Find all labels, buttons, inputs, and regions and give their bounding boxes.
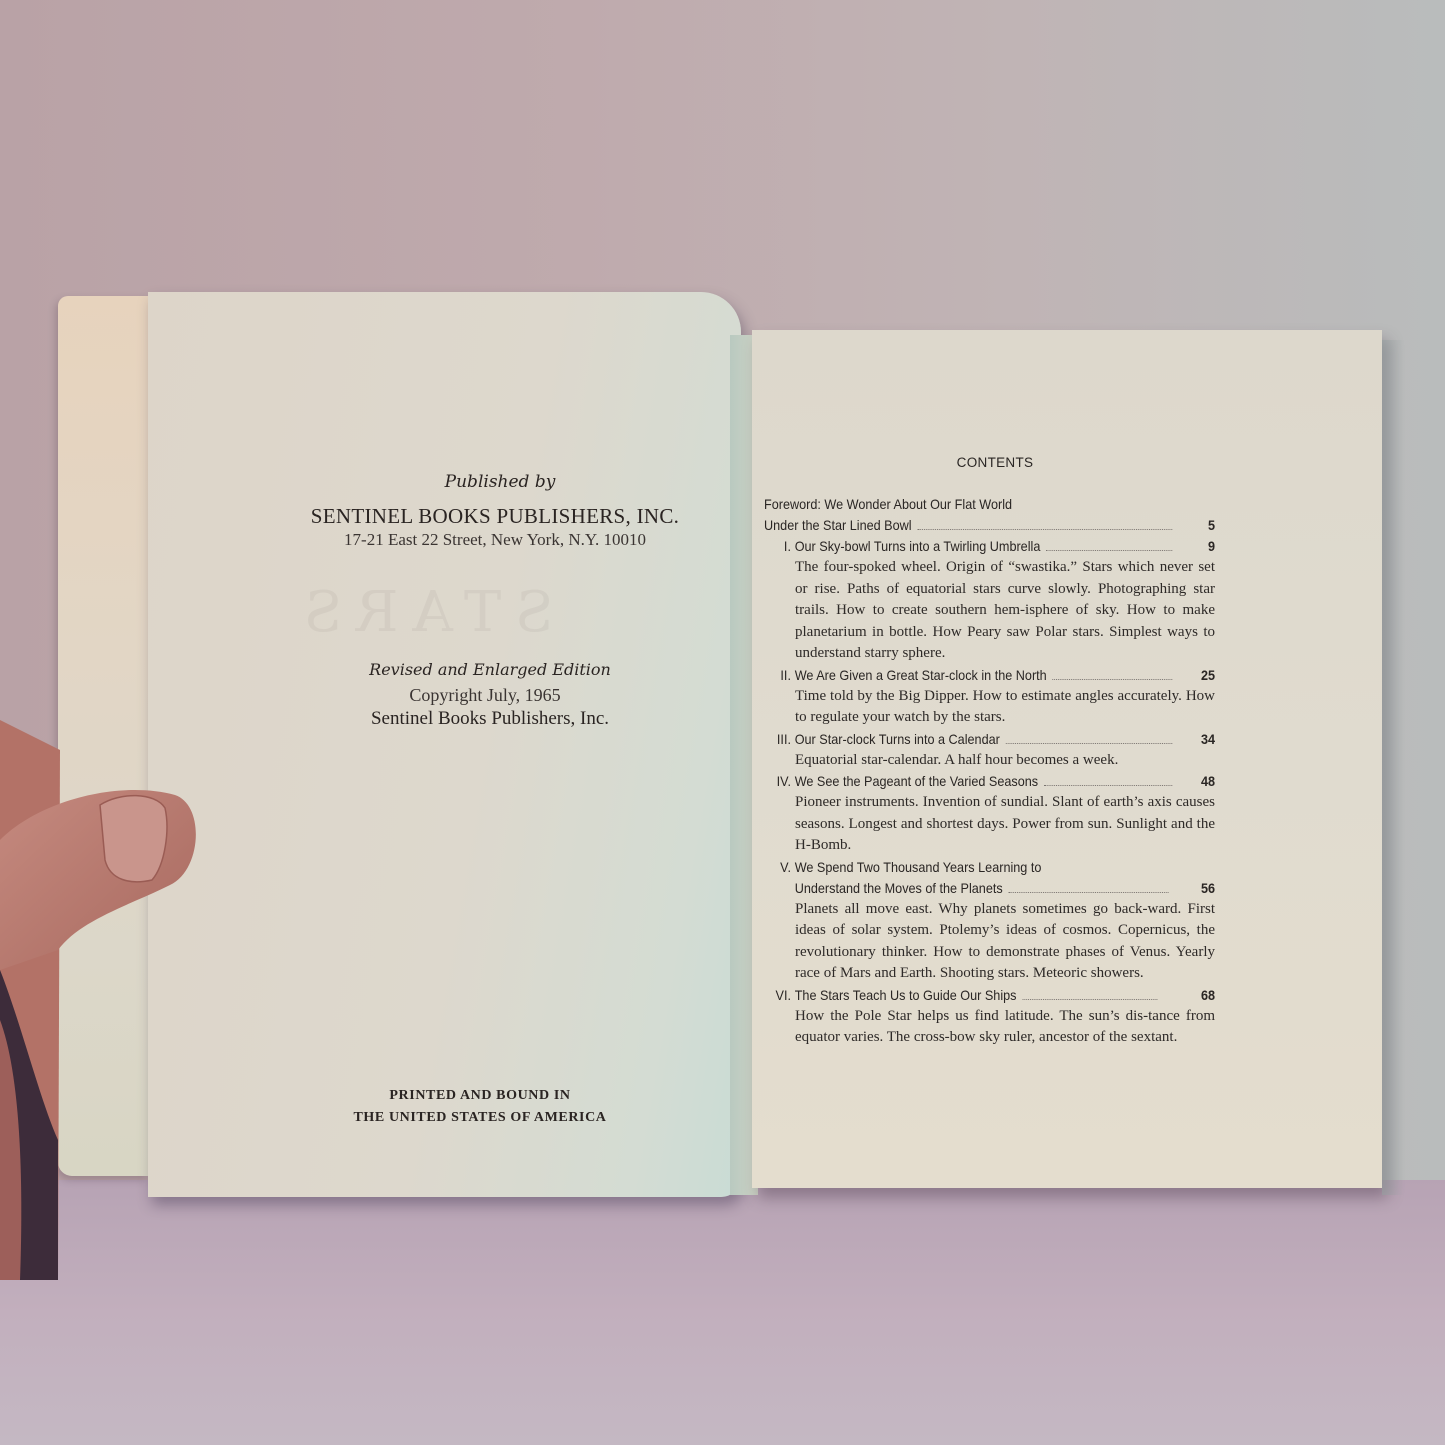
- chapter-title-line1: We Spend Two Thousand Years Learning to: [795, 857, 1042, 878]
- copyright-holder: Sentinel Books Publishers, Inc.: [190, 708, 790, 730]
- toc-entry-chapter-2: II. We Are Given a Great Star-clock in t…: [764, 665, 1254, 729]
- dot-leader: [1008, 892, 1168, 893]
- chapter-description: Pioneer instruments. Invention of sundia…: [795, 792, 1215, 857]
- chapter-title: Our Star-clock Turns into a Calendar: [795, 729, 1000, 750]
- dot-leader: [1046, 550, 1172, 551]
- edition-label: Revised and Enlarged Edition: [195, 660, 785, 679]
- toc-entry-foreword: Foreword: We Wonder About Our Flat World…: [764, 494, 1254, 536]
- toc-entry-chapter-3: III. Our Star-clock Turns into a Calenda…: [764, 729, 1254, 772]
- page-number: 25: [1178, 665, 1215, 686]
- toc-entry-chapter-5: V. We Spend Two Thousand Years Learning …: [764, 857, 1254, 985]
- show-through-text: STARS: [290, 580, 554, 645]
- chapter-description: Equatorial star-calendar. A half hour be…: [795, 750, 1215, 772]
- dot-leader: [1044, 785, 1173, 786]
- toc-entry-chapter-4: IV. We See the Pageant of the Varied Sea…: [764, 771, 1254, 857]
- published-by-label: Published by: [200, 472, 800, 492]
- page-number: 56: [1174, 878, 1215, 899]
- chapter-description: How the Pole Star helps us find latitude…: [795, 1006, 1215, 1049]
- dot-leader: [1052, 679, 1172, 680]
- chapter-description: Planets all move east. Why planets somet…: [795, 899, 1215, 985]
- page-number: 5: [1178, 515, 1215, 536]
- chapter-number: III.: [764, 729, 795, 750]
- page-number: 48: [1178, 771, 1215, 792]
- chapter-title: We Are Given a Great Star-clock in the N…: [795, 665, 1047, 686]
- contents-title: CONTENTS: [764, 455, 1226, 470]
- publisher-name: SENTINEL BOOKS PUBLISHERS, INC.: [195, 504, 795, 529]
- dot-leader: [917, 529, 1172, 530]
- toc-entry-chapter-6: VI. The Stars Teach Us to Guide Our Ship…: [764, 985, 1254, 1049]
- chapter-title: Understand the Moves of the Planets: [795, 878, 1003, 899]
- copyright-line: Copyright July, 1965: [190, 685, 780, 706]
- hand-icon: [0, 720, 200, 1280]
- dot-leader: [1022, 999, 1157, 1000]
- page-number: 68: [1163, 985, 1215, 1006]
- chapter-title: Our Sky-bowl Turns into a Twirling Umbre…: [795, 536, 1041, 557]
- chapter-number: V.: [764, 857, 795, 878]
- table-of-contents: CONTENTS Foreword: We Wonder About Our F…: [764, 455, 1254, 1049]
- chapter-number: VI.: [764, 985, 795, 1006]
- chapter-title: We See the Pageant of the Varied Seasons: [795, 771, 1038, 792]
- chapter-description: Time told by the Big Dipper. How to esti…: [795, 686, 1215, 729]
- printed-line-2: THE UNITED STATES OF AMERICA: [185, 1110, 775, 1126]
- publisher-address: 17-21 East 22 Street, New York, N.Y. 100…: [195, 530, 795, 550]
- chapter-number: IV.: [764, 771, 795, 792]
- foreword-title-line2: Under the Star Lined Bowl: [764, 515, 912, 536]
- page-number: 34: [1178, 729, 1215, 750]
- toc-entry-chapter-1: I. Our Sky-bowl Turns into a Twirling Um…: [764, 536, 1254, 665]
- foreword-title-line1: Foreword: We Wonder About Our Flat World: [764, 494, 1012, 515]
- table-surface: [0, 1180, 1445, 1445]
- dot-leader: [1005, 743, 1172, 744]
- chapter-title: The Stars Teach Us to Guide Our Ships: [795, 985, 1017, 1006]
- page-number: 9: [1178, 536, 1215, 557]
- chapter-number: I.: [764, 536, 795, 557]
- chapter-description: The four-spoked wheel. Origin of “swasti…: [795, 557, 1215, 665]
- chapter-number: II.: [764, 665, 795, 686]
- printed-line-1: PRINTED AND BOUND IN: [185, 1088, 775, 1104]
- page-shadow: [1382, 340, 1404, 1195]
- left-page: [148, 292, 741, 1197]
